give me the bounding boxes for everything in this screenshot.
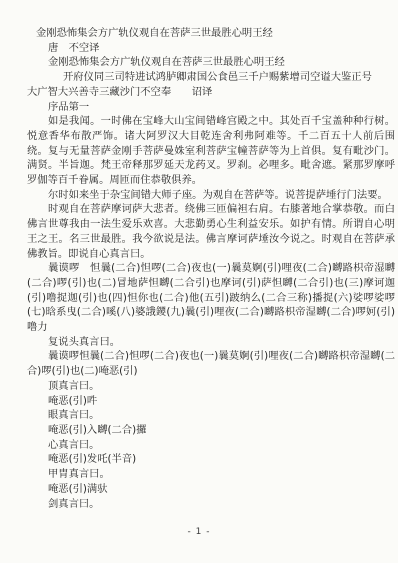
body-paragraph: 如是我闻。一时佛在宝峰大山宝间错峰宫殿之中。其处百千宝盖种种行树。悦意香华布散严…	[27, 114, 395, 188]
mantra-intro-line: 心真言曰。	[27, 438, 395, 453]
mantra-line: 唵恶(引)满驮	[27, 482, 395, 497]
translator-titles-line: 开府仪同三司特进试鸿胪卿肃国公食邑三千户赐紫增司空谥大鉴正号	[27, 70, 395, 85]
mantra-intro-line: 眼真言曰。	[27, 408, 395, 423]
mantra-line: 唵恶(引)入嚩(二合)攞	[27, 423, 395, 438]
chapter-heading: 序品第一	[27, 100, 395, 115]
mantra-intro-line: 剑真言曰。	[27, 497, 395, 512]
mantra-intro-line: 甲胄真言曰。	[27, 467, 395, 482]
body-paragraph: 时观自在菩萨摩诃萨大悲者。绕佛三匝偏袒右肩。右膝著地合掌恭敬。而白佛言世尊我由一…	[27, 202, 395, 261]
mantra-line: 唵恶(引)吽	[27, 394, 395, 409]
sutra-title-repeat: 金刚恐怖集会方广轨仪观自在菩萨三世最胜心明王经	[27, 55, 395, 70]
body-paragraph: 尔时如来坐于杂宝间错大师子座。为观自在菩萨等。说菩提萨埵行门法要。	[27, 188, 395, 203]
mantra-paragraph: 曩谟啰 怛曩(二合)怛啰(二合)夜也(一)曩莫婀(引)哩夜(二合)嚩路枳帝湿嚩(…	[27, 261, 395, 335]
dynasty-translator-line: 唐 不空译	[27, 41, 395, 56]
mantra-line: 唵恶(引)发吒(半音)	[27, 452, 395, 467]
document-page: 金刚恐怖集会方广轨仪观自在菩萨三世最胜心明王经 唐 不空译 金刚恐怖集会方广轨仪…	[0, 0, 398, 563]
translator-name-line: 大广智大兴善寺三藏沙门不空奉 诏译	[27, 85, 395, 100]
mantra-paragraph: 曩谟啰怛曩(二合)怛啰(二合)夜也(一)曩莫婀(引)哩夜(二合)嚩路枳帝湿嚩(二…	[27, 349, 395, 378]
sutra-title: 金刚恐怖集会方广轨仪观自在菩萨三世最胜心明王经	[27, 26, 395, 41]
mantra-intro-line: 顶真言曰。	[27, 379, 395, 394]
page-number: - 1 -	[0, 525, 398, 540]
mantra-intro-line: 复说头真言曰。	[27, 335, 395, 350]
